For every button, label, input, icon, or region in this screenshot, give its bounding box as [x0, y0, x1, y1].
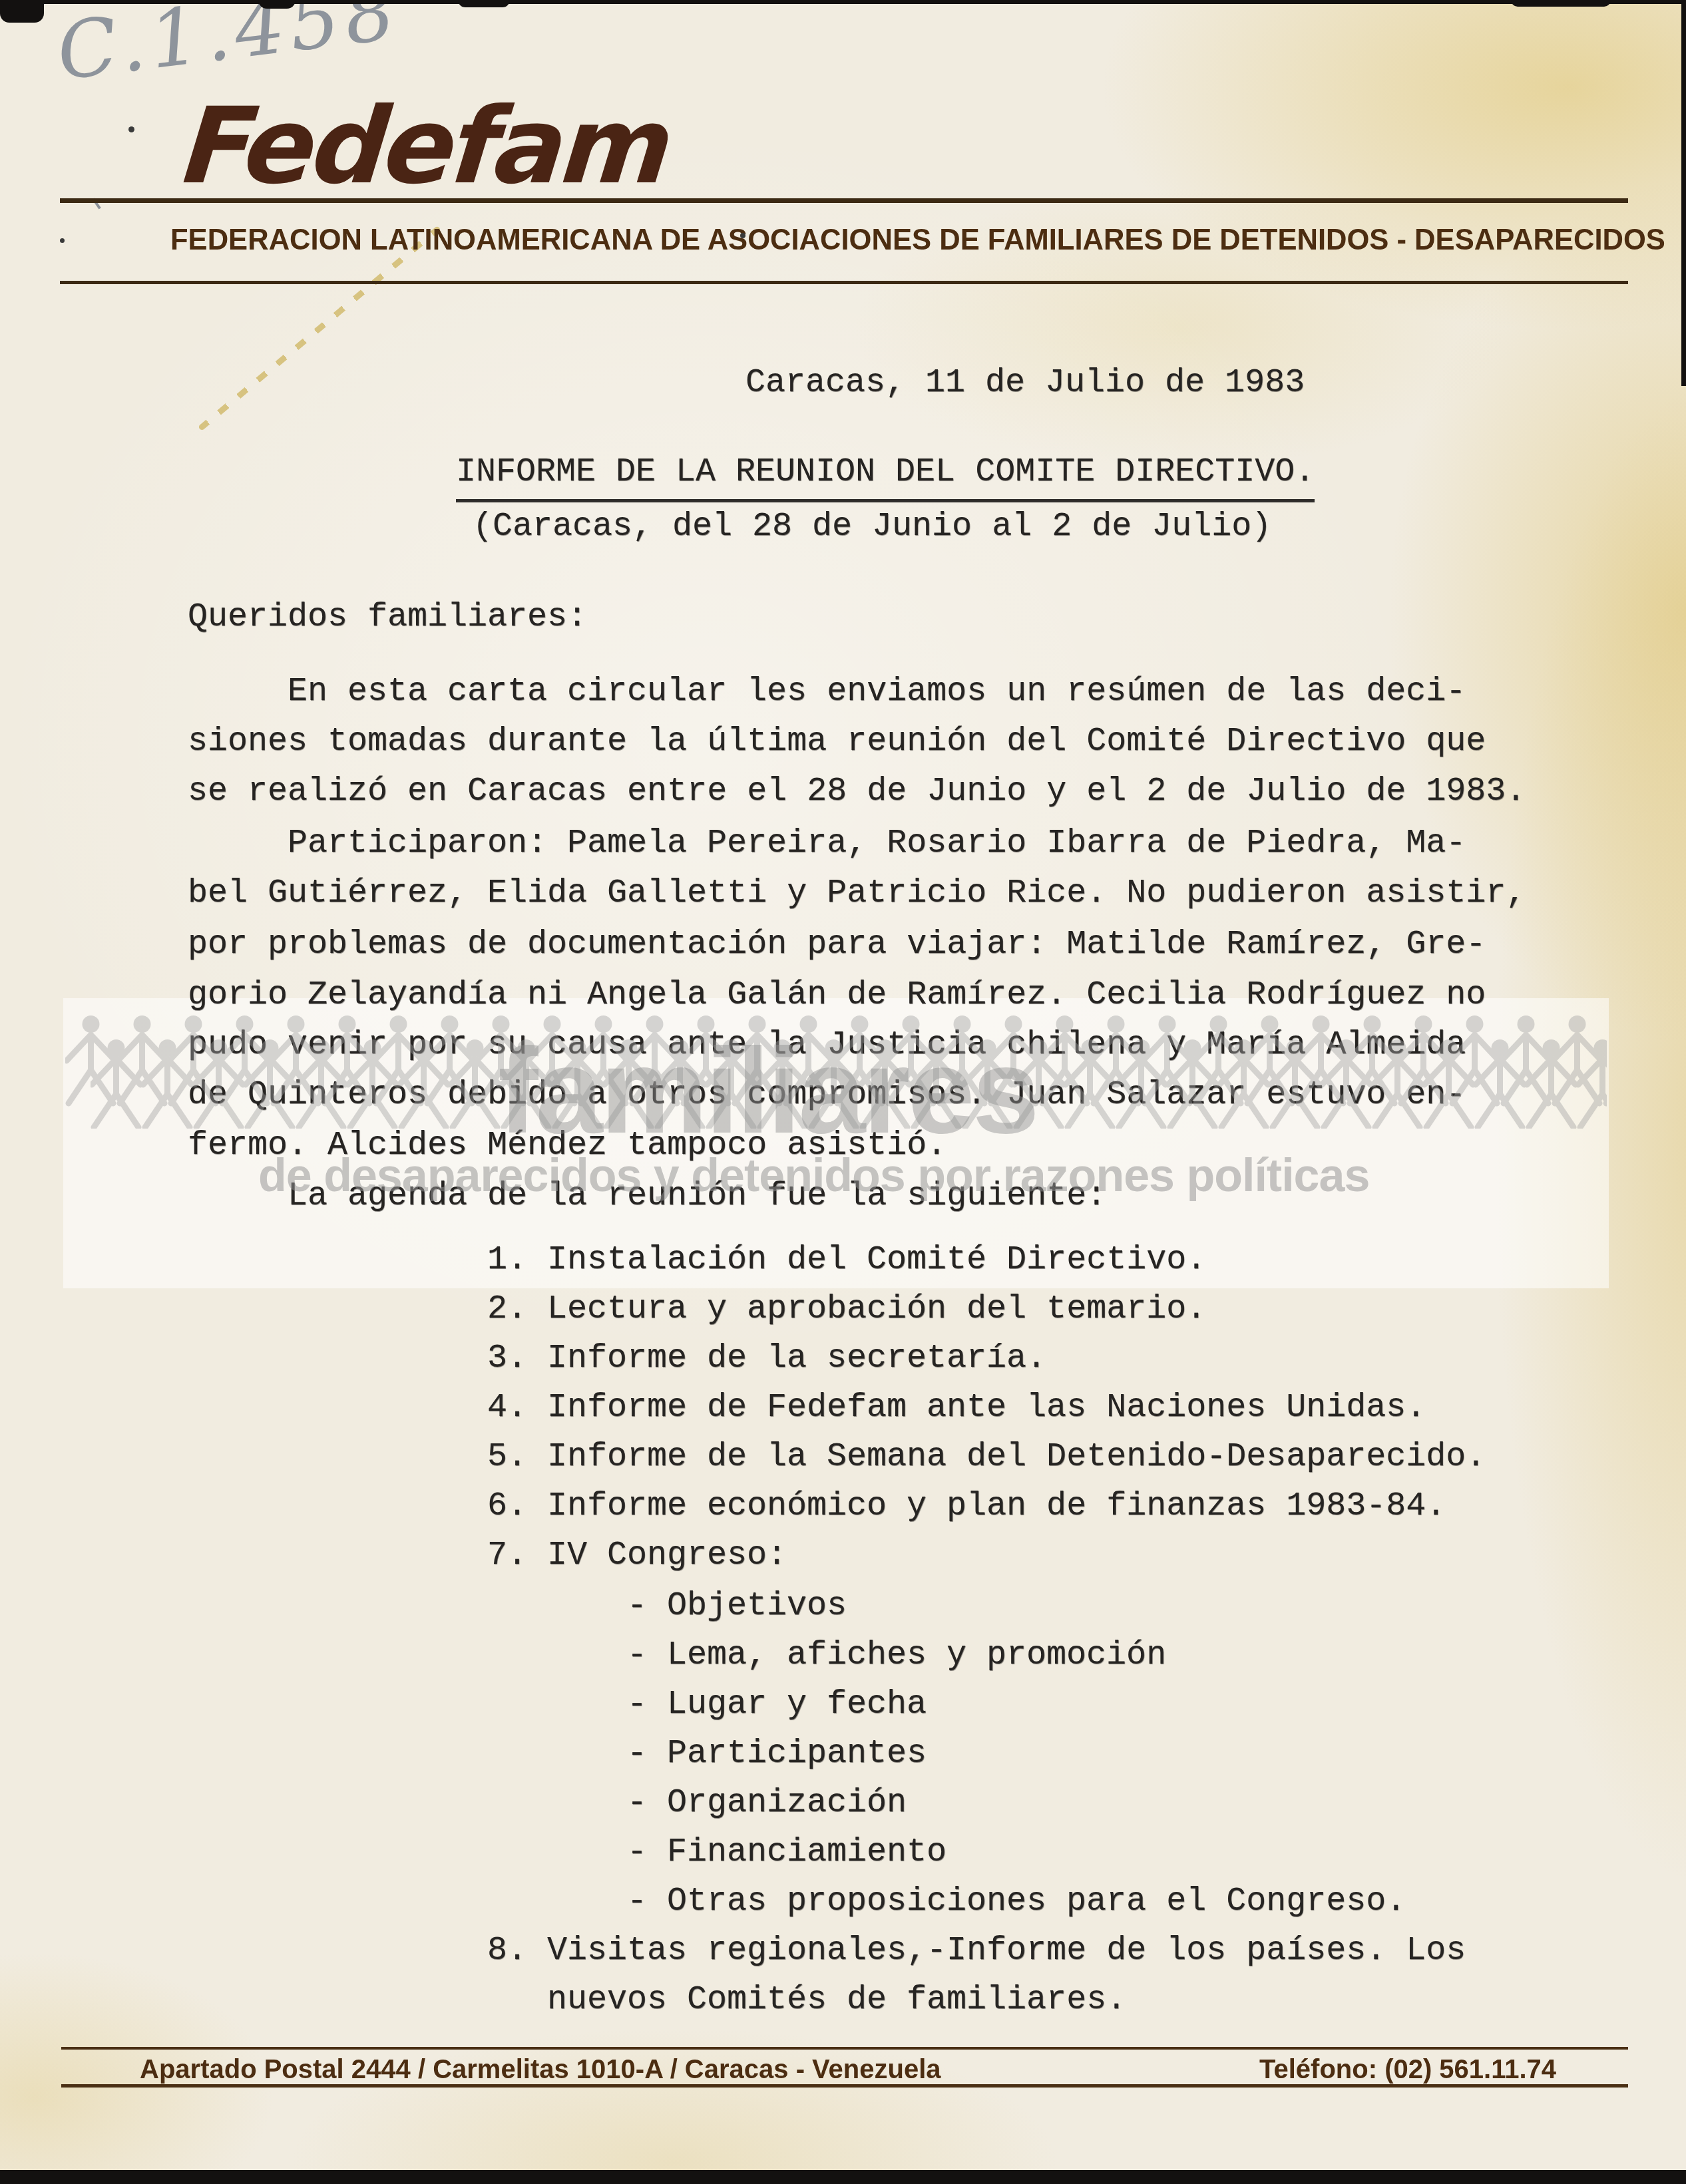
agenda-item: 3.Informe de la secretaría.	[487, 1340, 1046, 1377]
agenda-item-text: Visitas regionales,-Informe de los paíse…	[547, 1932, 1466, 1970]
scan-edge-mark	[258, 0, 296, 9]
pencil-file-number: C.1.458	[52, 0, 405, 98]
agenda-item-number: 2.	[487, 1291, 547, 1328]
agenda-item-number: 1.	[487, 1242, 547, 1279]
fedefam-logo: Fedefam	[178, 85, 676, 208]
agenda-item-text: Lectura y aprobación del temario.	[547, 1290, 1206, 1328]
letter-subtitle: (Caracas, del 28 de Junio al 2 de Julio)	[473, 508, 1271, 546]
agenda-item-text: Informe económico y plan de finanzas 198…	[547, 1487, 1446, 1525]
agenda-item: 4.Informe de Fedefam ante las Naciones U…	[487, 1389, 1426, 1427]
body-line: por problemas de documentación para viaj…	[188, 926, 1486, 964]
letterhead-rule-bottom	[60, 281, 1628, 284]
body-line: se realizó en Caracas entre el 28 de Jun…	[188, 773, 1526, 811]
body-line: fermo. Alcides Méndez tampoco asistió.	[188, 1127, 947, 1165]
agenda-item-text: Instalación del Comité Directivo.	[547, 1241, 1206, 1279]
ink-speck	[128, 126, 134, 132]
agenda-subitem: - Financiamiento	[627, 1834, 947, 1871]
scan-edge-bottom	[0, 2170, 1686, 2184]
agenda-subitem: - Lema, afiches y promoción	[627, 1637, 1166, 1674]
scan-corner-mark	[0, 0, 44, 23]
agenda-item: 6.Informe económico y plan de finanzas 1…	[487, 1488, 1446, 1525]
document-page: C.1.458 Fedefam FEDERACION LATINOAMERICA…	[0, 0, 1686, 2184]
body-line: En esta carta circular les enviamos un r…	[288, 673, 1466, 711]
agenda-subitem: - Lugar y fecha	[627, 1686, 927, 1724]
footer-phone: Teléfono: (02) 561.11.74	[1259, 2055, 1556, 2085]
scan-edge-mark	[1511, 0, 1611, 7]
footer-rule-top	[61, 2047, 1628, 2050]
agenda-item-number: 3.	[487, 1340, 547, 1377]
ink-speck	[740, 233, 745, 238]
body-line: bel Gutiérrez, Elida Galletti y Patricio…	[188, 875, 1526, 912]
scan-edge-top	[0, 0, 1686, 4]
agenda-subitem: - Objetivos	[627, 1588, 847, 1625]
dateline: Caracas, 11 de Julio de 1983	[745, 365, 1305, 402]
organization-name: FEDERACION LATINOAMERICANA DE ASOCIACION…	[170, 224, 1665, 257]
body-line: pudo venir por su causa ante la Justicia…	[188, 1027, 1466, 1064]
letter-title: INFORME DE LA REUNION DEL COMITE DIRECTI…	[456, 454, 1315, 502]
scan-edge-mark	[458, 0, 510, 7]
agenda-item-number: 4.	[487, 1389, 547, 1427]
letterhead-rule-top	[60, 198, 1628, 203]
agenda-item-text: Informe de la Semana del Detenido-Desapa…	[547, 1438, 1486, 1476]
ink-speck	[60, 238, 65, 243]
scan-edge-right	[1681, 0, 1686, 386]
agenda-item-number: 6.	[487, 1488, 547, 1525]
body-line: Participaron: Pamela Pereira, Rosario Ib…	[288, 825, 1466, 862]
agenda-intro: La agenda de la reunión fue la siguiente…	[288, 1178, 1106, 1215]
agenda-item: 7.IV Congreso:	[487, 1537, 787, 1574]
agenda-subitem: - Participantes	[627, 1735, 927, 1773]
agenda-item-number: 5.	[487, 1439, 547, 1476]
footer-rule-bottom	[61, 2084, 1628, 2088]
body-line: siones tomadas durante la última reunión…	[188, 723, 1486, 761]
footer-address: Apartado Postal 2444 / Carmelitas 1010-A…	[140, 2055, 941, 2085]
agenda-item-text: IV Congreso:	[547, 1537, 787, 1574]
agenda-item-continuation: nuevos Comités de familiares.	[547, 1982, 1126, 2019]
agenda-item-text: Informe de la secretaría.	[547, 1340, 1046, 1377]
agenda-item: 2.Lectura y aprobación del temario.	[487, 1291, 1206, 1328]
agenda-subitem: - Otras proposiciones para el Congreso.	[627, 1883, 1406, 1920]
body-line: de Quinteros debido a otros compromisos.…	[188, 1077, 1466, 1114]
agenda-item-text: Informe de Fedefam ante las Naciones Uni…	[547, 1389, 1426, 1427]
agenda-subitem: - Organización	[627, 1785, 907, 1822]
agenda-item: 1.Instalación del Comité Directivo.	[487, 1242, 1206, 1279]
agenda-item: 8.Visitas regionales,-Informe de los paí…	[487, 1932, 1466, 1970]
salutation: Queridos familiares:	[188, 599, 587, 636]
body-line: gorio Zelayandía ni Angela Galán de Ramí…	[188, 977, 1486, 1014]
agenda-item: 5.Informe de la Semana del Detenido-Desa…	[487, 1439, 1486, 1476]
agenda-item-number: 8.	[487, 1932, 547, 1970]
agenda-item-number: 7.	[487, 1537, 547, 1574]
